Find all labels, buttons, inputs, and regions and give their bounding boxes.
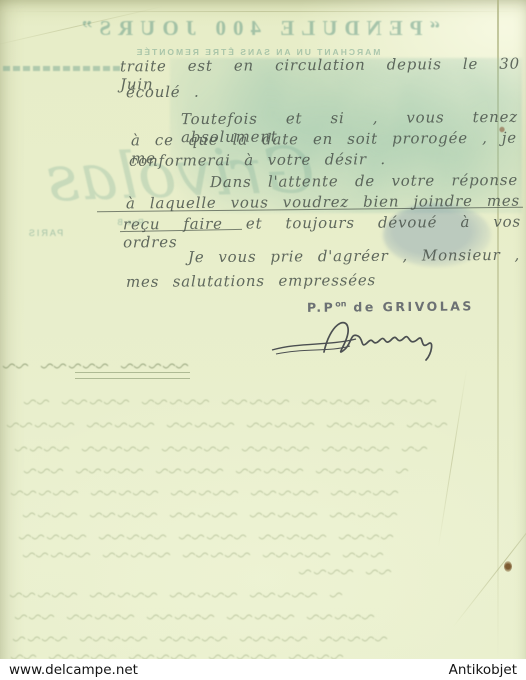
letter-line: mes salutations empressées bbox=[126, 271, 376, 291]
bleed-through-line bbox=[4, 589, 344, 599]
letterhead-city-mirrored: PARIS bbox=[14, 228, 76, 238]
bleed-through-line bbox=[0, 531, 395, 541]
scanned-letter-page: “PENDULE 400 JOURS” MARCHANT UN AN SANS … bbox=[0, 0, 526, 680]
bleed-through-line bbox=[14, 509, 399, 519]
bleed-through-line bbox=[6, 487, 411, 497]
bleed-through-line bbox=[10, 465, 410, 475]
paper-stain bbox=[504, 561, 512, 572]
bleed-through-line bbox=[4, 419, 449, 429]
bleed-through-line bbox=[8, 396, 438, 406]
crease-line bbox=[0, 11, 526, 12]
bleed-through-line bbox=[4, 443, 429, 453]
bleed-through-line bbox=[10, 549, 385, 559]
watermark-left: www.delcampe.net bbox=[9, 662, 138, 678]
letter-line: conformerai à votre désir . bbox=[129, 150, 386, 170]
bleed-through-line bbox=[12, 611, 387, 621]
letterhead-smallprint-bleed bbox=[3, 66, 121, 71]
bleed-through-underline bbox=[75, 372, 190, 379]
bleed-through-line bbox=[4, 633, 389, 643]
bleed-through-line bbox=[293, 566, 393, 576]
signature bbox=[270, 306, 456, 368]
bleed-through-line bbox=[0, 360, 190, 370]
watermark-strip: www.delcampe.net Antikobjet bbox=[0, 659, 526, 680]
watermark-right: Antikobjet bbox=[449, 662, 517, 678]
letterhead-title-mirrored: “PENDULE 400 JOURS” bbox=[55, 16, 460, 41]
letter-line: Dans l'attente de votre réponse bbox=[210, 171, 518, 191]
letter-line: Je vous prie d'agréer , Monsieur , bbox=[188, 246, 520, 266]
letter-line: écoulé . bbox=[126, 83, 200, 102]
